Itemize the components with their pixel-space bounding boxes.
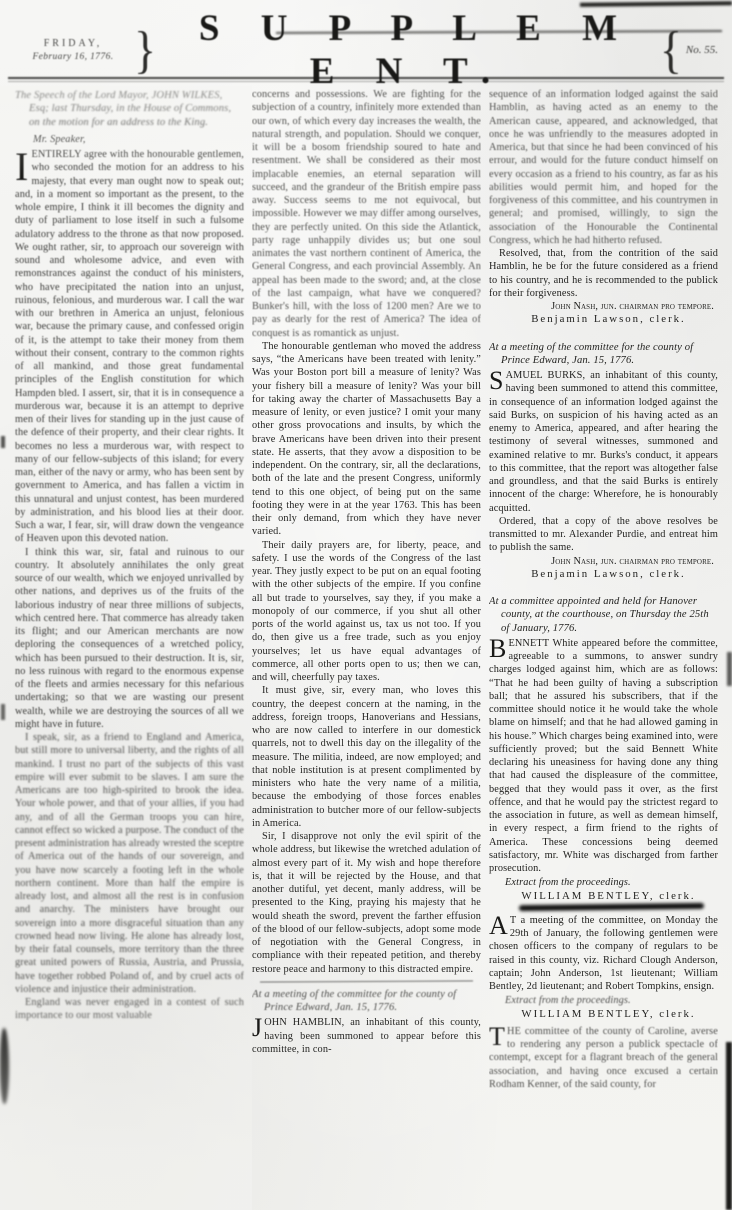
ink-tick-left: [1, 436, 5, 448]
section-heading: At a meeting of the committee for the co…: [489, 339, 718, 370]
paragraph: IENTIRELY agree with the honourable gent…: [15, 148, 244, 546]
ink-smear: [519, 903, 704, 911]
paragraph-text: AMUEL BURKS, an inhabitant of this count…: [489, 370, 718, 514]
paragraph: AT a meeting of the committee, on Monday…: [489, 914, 718, 994]
masthead-day: FRIDAY,: [14, 38, 132, 49]
paragraph-text: ENNETT White appeared before the committ…: [489, 638, 718, 874]
signature-clerk: Benjamin Lawson, clerk.: [489, 313, 718, 326]
paragraph: I speak, sir, as a friend to England and…: [15, 731, 244, 996]
paragraph: It must give, sir, every man, who loves …: [252, 684, 481, 830]
signature-chairman: John Nash, jun. chairman pro tempore.: [489, 300, 718, 313]
article-heading: The Speech of the Lord Mayor, JOHN WILKE…: [15, 88, 244, 132]
section-divider-rule: [260, 980, 473, 982]
drop-cap: T: [489, 1025, 507, 1048]
issue-number: No. 55.: [684, 44, 718, 56]
left-brace-glyph: }: [132, 24, 158, 76]
signature-clerk: WILLIAM BENTLEY, clerk.: [489, 1008, 718, 1021]
paragraph-text: ENTIRELY agree with the honourable gentl…: [15, 149, 244, 544]
paragraph-text: T a meeting of the committee, on Monday …: [489, 915, 718, 992]
paragraph: JOHN HAMBLIN, an inhabitant of this coun…: [252, 1016, 481, 1056]
ink-bar-right-edge: [726, 1042, 732, 1210]
section-gap: [489, 581, 718, 589]
masthead-date: February 16, 1776.: [14, 52, 132, 62]
drop-cap: I: [15, 148, 31, 183]
ink-tick-left: [1, 704, 5, 720]
extract-line: Extract from the proceedings.: [489, 994, 718, 1007]
paragraph: I think this war, sir, fatal and ruinous…: [15, 546, 244, 732]
paragraph: Ordered, that a copy of the above resolv…: [489, 515, 718, 555]
paragraph: Resolved, that, from the contrition of t…: [489, 247, 718, 300]
paragraph: England was never engaged in a contest o…: [15, 996, 244, 1023]
drop-cap: A: [489, 914, 510, 937]
signature-clerk: Benjamin Lawson, clerk.: [489, 568, 718, 581]
drop-cap: S: [489, 369, 506, 392]
paragraph: The honourable gentleman who moved the a…: [252, 340, 481, 539]
paragraph: SAMUEL BURKS, an inhabitant of this coun…: [489, 369, 718, 515]
ink-tick-right: [727, 652, 732, 686]
signature-clerk: WILLIAM BENTLEY, clerk.: [489, 890, 718, 903]
masthead-title: S U P P L E M E N T.: [158, 7, 658, 93]
column-1: The Speech of the Lord Mayor, JOHN WILKE…: [15, 88, 244, 1210]
newspaper-page: FRIDAY, February 16, 1776. } S U P P L E…: [0, 0, 732, 1210]
masthead-dateline: FRIDAY, February 16, 1776.: [14, 38, 132, 62]
drop-cap: J: [252, 1016, 264, 1039]
drop-cap: B: [489, 637, 508, 660]
paragraph: Sir, I disapprove not only the evil spir…: [252, 830, 481, 976]
masthead: FRIDAY, February 16, 1776. } S U P P L E…: [14, 24, 718, 76]
section-heading: At a meeting of the committee for the co…: [252, 986, 481, 1017]
extract-line: Extract from the proceedings.: [489, 876, 718, 889]
paragraph-text: HE committee of the county of Caroline, …: [489, 1026, 718, 1090]
paragraph: BENNETT White appeared before the commit…: [489, 637, 718, 876]
ink-smudge-top-right: [580, 1, 732, 7]
paragraph: THE committee of the county of Caroline,…: [489, 1025, 718, 1091]
right-brace-glyph: {: [658, 24, 684, 76]
paragraph: Their daily prayers are, for liberty, pe…: [252, 539, 481, 685]
paragraph: sequence of an information lodged agains…: [489, 88, 718, 247]
ink-blob-left-edge: [0, 1028, 9, 1104]
paragraph-text: OHN HAMBLIN, an inhabitant of this count…: [252, 1017, 481, 1055]
paragraph: concerns and possessions. We are fightin…: [252, 88, 481, 340]
column-3: sequence of an information lodged agains…: [489, 88, 718, 1210]
section-heading: At a committee appointed and held for Ha…: [489, 593, 718, 637]
column-2: concerns and possessions. We are fightin…: [252, 88, 481, 1210]
salutation: Mr. Speaker,: [15, 132, 244, 148]
signature-chairman: John Nash, jun. chairman pro tempore.: [489, 555, 718, 568]
section-gap: [489, 327, 718, 335]
